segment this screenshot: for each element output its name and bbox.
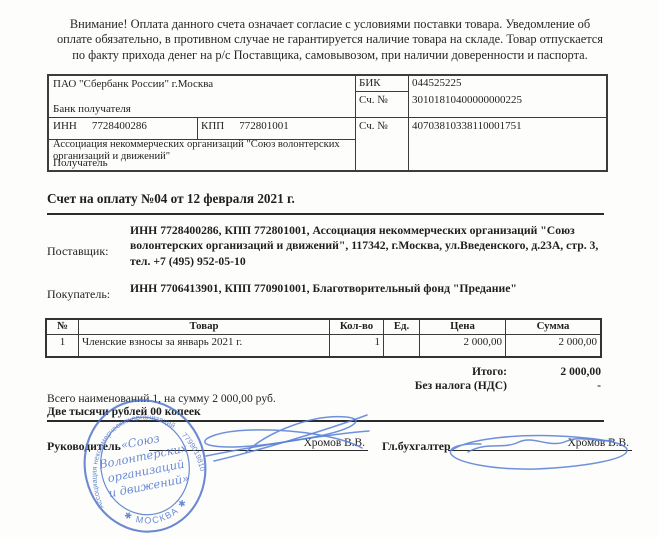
kpp-label: КПП <box>201 120 224 132</box>
items-table: № Товар Кол-во Ед. Цена Сумма 1 Членские… <box>45 318 602 358</box>
bik-label: БИК <box>359 77 381 89</box>
bank-recipient-label: Банк получателя <box>53 103 131 115</box>
corr-account-label: Сч. № <box>359 94 388 106</box>
item-row-price: 2 000,00 <box>420 335 506 356</box>
stamp-ring-city: ✱ МОСКВА ✱ <box>121 495 193 533</box>
svg-text:✱ МОСКВА ✱: ✱ МОСКВА ✱ <box>121 495 193 533</box>
item-row-name: Членские взносы за январь 2021 г. <box>79 335 330 356</box>
col-header-unit: Ед. <box>384 320 420 335</box>
col-header-price: Цена <box>420 320 506 335</box>
inn-value: 7728400286 <box>92 120 147 132</box>
item-row-unit <box>384 335 420 356</box>
items-count-summary: Всего наименований 1, на сумму 2 000,00 … <box>47 392 276 405</box>
col-header-num: № <box>47 320 79 335</box>
total-label: Итого: <box>360 365 507 378</box>
accountant-signature-name: Хромов В.В. <box>568 437 629 449</box>
col-header-quantity: Кол-во <box>330 320 384 335</box>
invoice-document-scan: Внимание! Оплата данного счета означает … <box>0 0 659 537</box>
inn-label: ИНН <box>53 120 77 132</box>
corr-account-value: 30101810400000000225 <box>412 94 522 106</box>
item-row-sum: 2 000,00 <box>506 335 600 356</box>
accountant-signature-line: Хромов В.В. <box>448 431 632 451</box>
buyer-details: ИНН 7706413901, КПП 770901001, Благотвор… <box>130 281 612 296</box>
inn-cell: ИНН7728400286 <box>53 120 147 132</box>
head-signature-name: Хромов В.В. <box>304 437 365 449</box>
no-tax-label: Без налога (НДС) <box>360 379 507 392</box>
supplier-label: Поставщик: <box>47 244 109 259</box>
kpp-value: 772801001 <box>239 120 289 132</box>
table-divider-vertical <box>197 117 198 139</box>
table-divider-horizontal <box>49 117 606 118</box>
head-signature-line: Хромов В.В. <box>149 431 368 451</box>
table-divider-horizontal <box>355 91 408 92</box>
bank-name: ПАО "Сбербанк России" г.Москва <box>53 78 213 90</box>
payee-account-label: Сч. № <box>359 120 388 132</box>
item-row-num: 1 <box>47 335 79 356</box>
stamp-center-line3: организаций <box>106 457 185 486</box>
col-header-product: Товар <box>79 320 330 335</box>
kpp-cell: КПП772801001 <box>201 120 289 132</box>
payment-warning-text: Внимание! Оплата данного счета означает … <box>52 17 608 63</box>
supplier-details: ИНН 7728400286, КПП 772801001, Ассоциаци… <box>130 223 612 269</box>
accountant-signature-label: Гл.бухгалтер <box>382 439 451 454</box>
head-signature-label: Руководитель <box>47 439 121 454</box>
amount-in-words: Две тысячи рублей 00 копеек <box>47 405 201 418</box>
no-tax-value: - <box>507 379 601 392</box>
stamp-inner-ring <box>90 408 199 524</box>
payee-account-value: 40703810338110001751 <box>412 120 522 132</box>
col-header-sum: Сумма <box>506 320 600 335</box>
stamp-center-line4: и движений» <box>107 471 190 500</box>
separator-line-top <box>47 213 604 215</box>
item-row-qty: 1 <box>330 335 384 356</box>
bank-details-table: ПАО "Сбербанк России" г.Москва Банк полу… <box>47 74 608 172</box>
separator-line-bottom <box>47 420 604 422</box>
total-value: 2 000,00 <box>507 365 601 378</box>
table-divider-vertical <box>408 76 409 170</box>
payee-label: Получатель <box>53 157 108 169</box>
invoice-title: Счет на оплату №04 от 12 февраля 2021 г. <box>47 191 295 207</box>
bik-value: 044525225 <box>412 77 462 89</box>
buyer-label: Покупатель: <box>47 287 110 302</box>
